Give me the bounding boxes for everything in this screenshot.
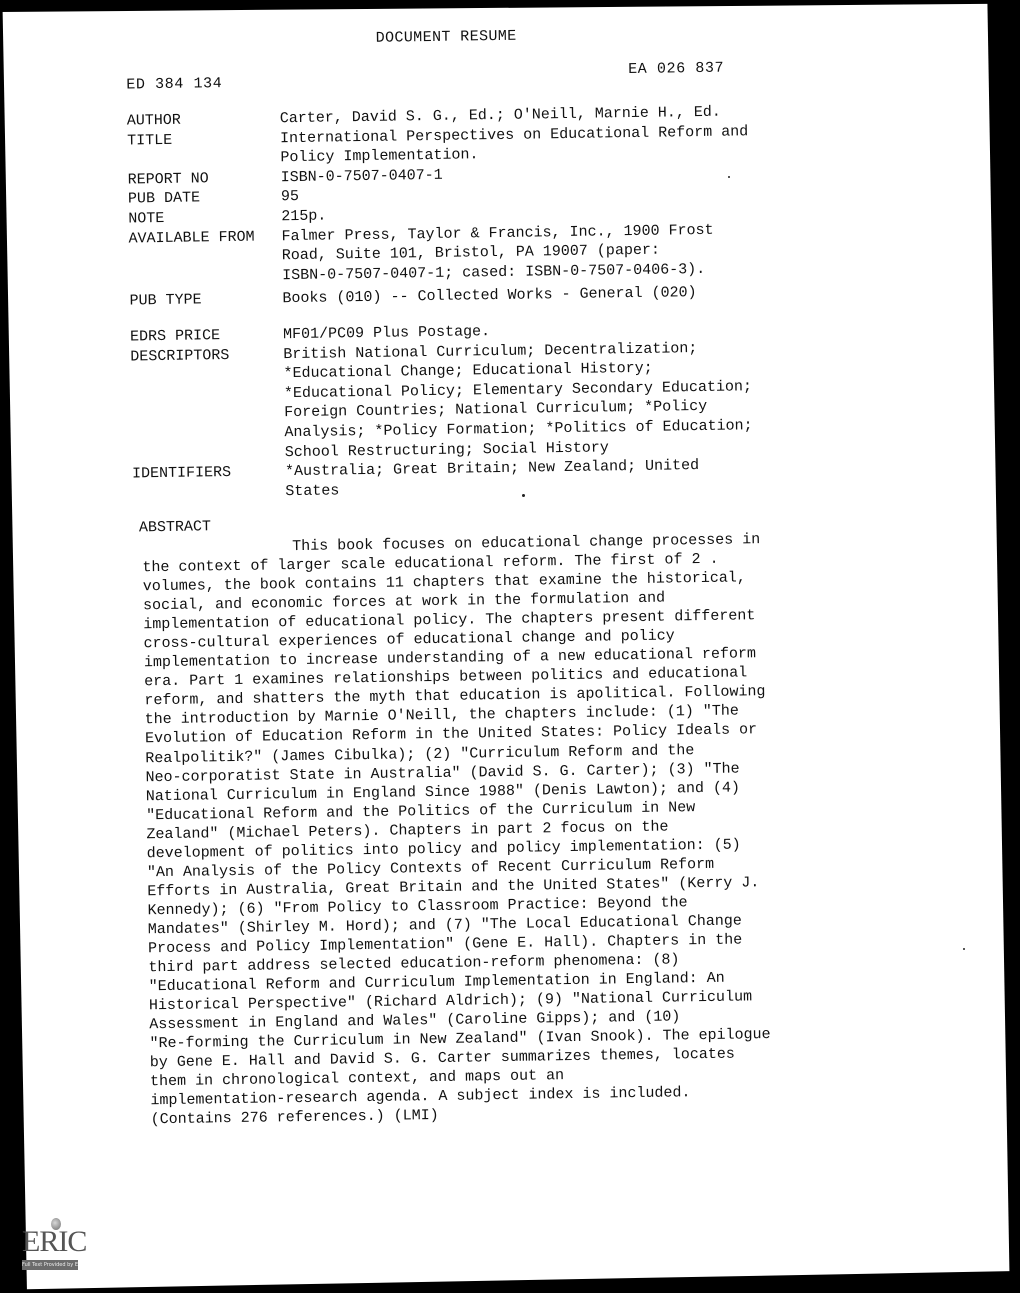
field-label: DESCRIPTORS — [130, 345, 285, 465]
scan-speck — [522, 494, 525, 497]
field-value: British National Curriculum; Decentraliz… — [283, 337, 825, 463]
scan-speck — [963, 948, 965, 950]
field-label: AUTHOR — [127, 109, 280, 131]
eric-logo: ERIC Full Text Provided by ERIC — [22, 1218, 84, 1272]
field-value: *Australia; Great Britain; New Zealand; … — [285, 454, 826, 501]
bibliographic-fields: AUTHORCarter, David S. G., Ed.; O'Neill,… — [127, 101, 833, 504]
field-descriptors: DESCRIPTORSBritish National Curriculum; … — [130, 337, 832, 465]
accession-number: ED 384 134 — [126, 74, 222, 95]
document-heading: DOCUMENT RESUME — [376, 27, 517, 48]
field-available-from: AVAILABLE FROMFalmer Press, Taylor & Fra… — [128, 219, 829, 288]
clearinghouse-number: EA 026 837 — [628, 59, 724, 80]
field-label: NOTE — [128, 207, 281, 229]
abstract-label: ABSTRACT — [139, 518, 211, 536]
field-value: Falmer Press, Taylor & Francis, Inc., 19… — [281, 219, 822, 286]
field-label: TITLE — [127, 129, 281, 170]
field-label: EDRS PRICE — [130, 325, 283, 347]
field-label: PUB DATE — [128, 188, 281, 210]
field-label: IDENTIFIERS — [132, 462, 286, 503]
eric-logo-text: ERIC — [22, 1226, 86, 1258]
field-label: PUB TYPE — [129, 290, 282, 312]
field-value: Books (010) -- Collected Works - General… — [282, 282, 822, 310]
eric-logo-tagline: Full Text Provided by ERIC — [22, 1260, 78, 1270]
scan-speck — [728, 176, 730, 178]
field-label: REPORT NO — [128, 168, 281, 190]
abstract-body: This book focuses on educational change … — [142, 529, 841, 1130]
field-label: AVAILABLE FROM — [128, 227, 282, 288]
document-page: DOCUMENT RESUME ED 384 134 EA 026 837 AU… — [0, 0, 1020, 1293]
